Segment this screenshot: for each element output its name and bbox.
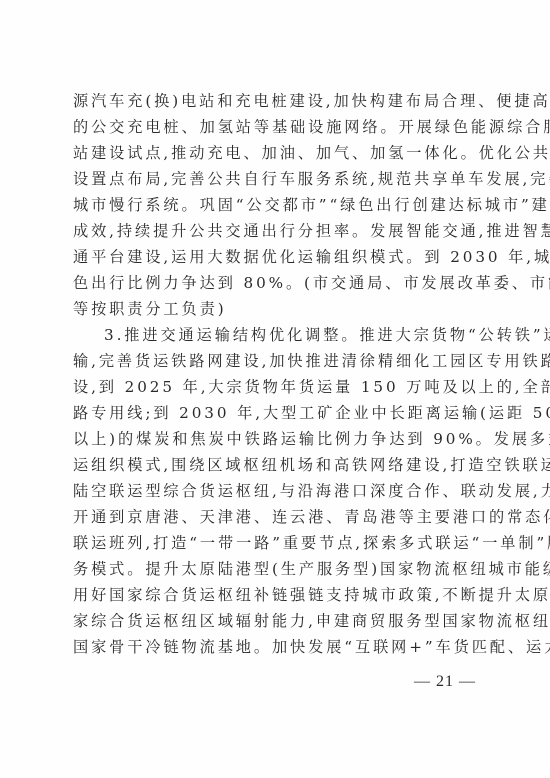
- text-line: 通平台建设,运用大数据优化运输组织模式。到 2030 年,城市绿: [73, 247, 485, 267]
- page-number: — 21 —: [405, 673, 485, 691]
- text-line: 的公交充电桩、加氢站等基础设施网络。开展绿色能源综合服务: [73, 117, 485, 137]
- text-line: 家综合货运枢纽区域辐射能力,申建商贸服务型国家物流枢纽和: [73, 611, 485, 631]
- text-line: 运组织模式,围绕区域枢纽机场和高铁网络建设,打造空铁联运、: [73, 455, 485, 475]
- text-line: 开通到京唐港、天津港、连云港、青岛港等主要港口的常态化铁水: [73, 507, 485, 527]
- text-line: 输,完善货运铁路网建设,加快推进清徐精细化工园区专用铁路建: [73, 351, 485, 371]
- text-line: 务模式。提升太原陆港型(生产服务型)国家物流枢纽城市能级,: [73, 559, 485, 579]
- text-line: 联运班列,打造“一带一路”重要节点,探索多式联运“一单制”服: [73, 533, 485, 553]
- document-page: 源汽车充(换)电站和充电桩建设,加快构建布局合理、便捷高效 的公交充电桩、加氢站…: [0, 0, 550, 778]
- text-line: 等按职责分工负责): [73, 299, 485, 319]
- text-line: 国家骨干冷链物流基地。加快发展“互联网+”车货匹配、运力优: [73, 637, 485, 657]
- text-line: 用好国家综合货运枢纽补链强链支持城市政策,不断提升太原国: [73, 585, 485, 605]
- text-line: 以上)的煤炭和焦炭中铁路运输比例力争达到 90%。发展多式联: [73, 429, 485, 449]
- text-line: 色出行比例力争达到 80%。(市交通局、市发展改革委、市能源局: [73, 273, 485, 293]
- text-line: 陆空联运型综合货运枢纽,与沿海港口深度合作、联动发展,力争: [73, 481, 485, 501]
- text-line: 源汽车充(换)电站和充电桩建设,加快构建布局合理、便捷高效: [73, 91, 485, 111]
- text-line: 站建设试点,推动充电、加油、加气、加氢一体化。优化公共自行车: [73, 143, 485, 163]
- text-line: 路专用线;到 2030 年,大型工矿企业中长距离运输(运距 500 公里: [73, 403, 485, 423]
- text-line: 设置点布局,完善公共自行车服务系统,规范共享单车发展,完善: [73, 169, 485, 189]
- text-line: 成效,持续提升公共交通出行分担率。发展智能交通,推进智慧交: [73, 221, 485, 241]
- section-heading-line: 3.推进交通运输结构优化调整。推进大宗货物“公转铁”运: [104, 325, 485, 345]
- text-line: 设,到 2025 年,大宗货物年货运量 150 万吨及以上的,全部接入铁: [73, 377, 485, 397]
- text-line: 城市慢行系统。巩固“公交都市”“绿色出行创建达标城市”建设: [73, 195, 485, 215]
